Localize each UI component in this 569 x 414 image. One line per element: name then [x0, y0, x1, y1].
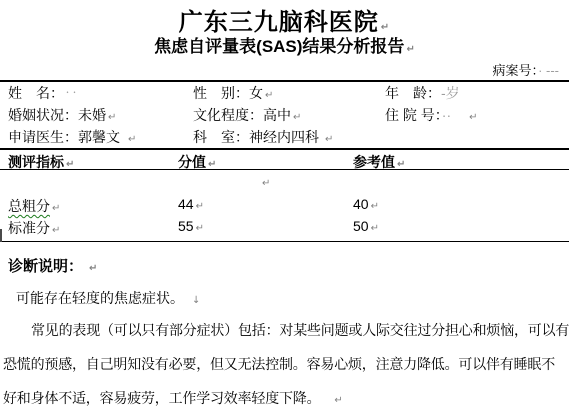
age-value: -岁 — [441, 85, 460, 101]
header-indicator-text: 测评指标 — [8, 154, 64, 170]
admission-label: 住 院 号： — [385, 107, 442, 123]
raw-score-value: 44↵ — [178, 196, 204, 212]
doctor-label: 申请医生： — [8, 129, 78, 145]
standard-score-reference: 50↵ — [353, 218, 379, 234]
paragraph-mark-icon: ↵ — [262, 178, 270, 189]
case-number-label: 病案号： — [493, 63, 539, 78]
paragraph-mark-icon: ↵ — [108, 112, 116, 123]
report-title: 焦虑自评量表(SAS)结果分析报告↵ — [0, 32, 569, 57]
standard-reference-number: 50 — [353, 218, 369, 234]
raw-score-number: 44 — [178, 196, 194, 212]
paragraph-mark-icon: ↵ — [469, 112, 477, 123]
paragraph-mark-icon: ↵ — [371, 223, 379, 234]
field-gender: 性 别：女↵ — [193, 85, 273, 104]
diagnosis-detail-line: 恐慌的预感，自己明知没有必要，但又无法控制。容易心烦，注意力降低。可以伴有睡眠不 — [3, 354, 555, 374]
diagnosis-detail-line: 好和身体不适，容易疲劳，工作学习效率轻度下降。↵ — [3, 388, 343, 408]
table-edge-tick — [0, 229, 2, 242]
field-education: 文化程度：高中↵ — [193, 107, 301, 126]
diagnosis-summary: 可能存在轻度的焦虑症状。↓ — [16, 288, 200, 308]
diagnosis-heading-text: 诊断说明： — [8, 258, 83, 275]
paragraph-mark-icon: ↵ — [89, 263, 97, 274]
table-row: 标准分↵ — [8, 218, 60, 238]
table-row: 总粗分↵ — [8, 196, 60, 216]
indicator-raw-score: 总粗分 — [8, 198, 50, 214]
name-value: ‥ — [64, 85, 78, 101]
standard-score-number: 55 — [178, 218, 194, 234]
paragraph-mark-icon: ↵ — [406, 44, 414, 55]
rule-line-under-table-header — [0, 169, 569, 170]
department-value: 神经内四科 — [249, 129, 319, 145]
diagnosis-detail-text: 好和身体不适，容易疲劳，工作学习效率轻度下降。 — [3, 390, 320, 406]
gender-label: 性 别： — [193, 85, 249, 101]
education-label: 文化程度： — [193, 107, 263, 123]
paragraph-mark-icon: ↵ — [52, 225, 60, 236]
field-name: 姓 名：‥ — [8, 85, 78, 101]
gender-value: 女 — [249, 85, 263, 101]
education-value: 高中 — [263, 107, 291, 123]
paragraph-mark-icon: ↵ — [208, 159, 216, 170]
raw-score-reference: 40↵ — [353, 196, 379, 212]
diagnosis-detail-line: 常见的表现（可以只有部分症状）包括：对某些问题或人际交往过分担心和烦恼，可以有 — [3, 320, 569, 340]
line-break-mark-icon: ↓ — [192, 295, 200, 306]
field-marital-status: 婚姻状况：未婚↵ — [8, 107, 116, 126]
standard-score-value: 55↵ — [178, 218, 204, 234]
doctor-value: 郭馨文 — [78, 129, 120, 145]
name-label: 姓 名： — [8, 85, 64, 101]
raw-reference-number: 40 — [353, 196, 369, 212]
indicator-standard-score: 标准分 — [8, 220, 50, 236]
age-label: 年 龄： — [385, 85, 441, 101]
paragraph-mark-icon: ↵ — [397, 159, 405, 170]
paragraph-mark-icon: ↵ — [334, 395, 342, 406]
marital-value: 未婚 — [78, 107, 106, 123]
field-admission-number: 住 院 号：··↵ — [385, 107, 478, 126]
paragraph-mark-icon: ↵ — [66, 159, 74, 170]
field-age: 年 龄：-岁 — [385, 85, 460, 101]
rule-line-above-table — [0, 148, 569, 150]
rule-line-under-table — [0, 241, 569, 242]
report-title-text: 焦虑自评量表(SAS)结果分析报告 — [154, 37, 404, 56]
paragraph-mark-icon: ↵ — [128, 134, 136, 145]
table-header-reference: 参考值↵ — [353, 152, 405, 172]
paragraph-mark-icon: ↵ — [196, 201, 204, 212]
header-reference-text: 参考值 — [353, 154, 395, 170]
paragraph-mark-icon: ↵ — [371, 201, 379, 212]
rule-line-top — [0, 80, 569, 82]
case-number: 病案号：· --- — [493, 60, 559, 79]
paragraph-mark-icon: ↵ — [265, 90, 273, 101]
table-header-score: 分值↵ — [178, 152, 216, 172]
header-score-text: 分值 — [178, 154, 206, 170]
diagnosis-summary-text: 可能存在轻度的焦虑症状。 — [16, 290, 184, 306]
case-number-value: · --- — [538, 63, 559, 78]
diagnosis-heading: 诊断说明：↵ — [8, 255, 97, 276]
admission-value: ·· — [442, 107, 451, 123]
department-label: 科 室： — [193, 129, 249, 145]
paragraph-mark-icon: ↵ — [52, 203, 60, 214]
marital-label: 婚姻状况： — [8, 107, 78, 123]
paragraph-mark-icon: ↵ — [293, 112, 301, 123]
report-page: 广东三九脑科医院↵ 焦虑自评量表(SAS)结果分析报告↵ 病案号：· --- 姓… — [0, 0, 569, 414]
table-header-indicator: 测评指标↵ — [8, 152, 74, 172]
field-requesting-doctor: 申请医生：郭馨文↵ — [8, 129, 136, 148]
field-department: 科 室：神经内四科↵ — [193, 129, 333, 148]
paragraph-mark-icon: ↵ — [196, 223, 204, 234]
paragraph-mark-icon: ↵ — [325, 134, 333, 145]
